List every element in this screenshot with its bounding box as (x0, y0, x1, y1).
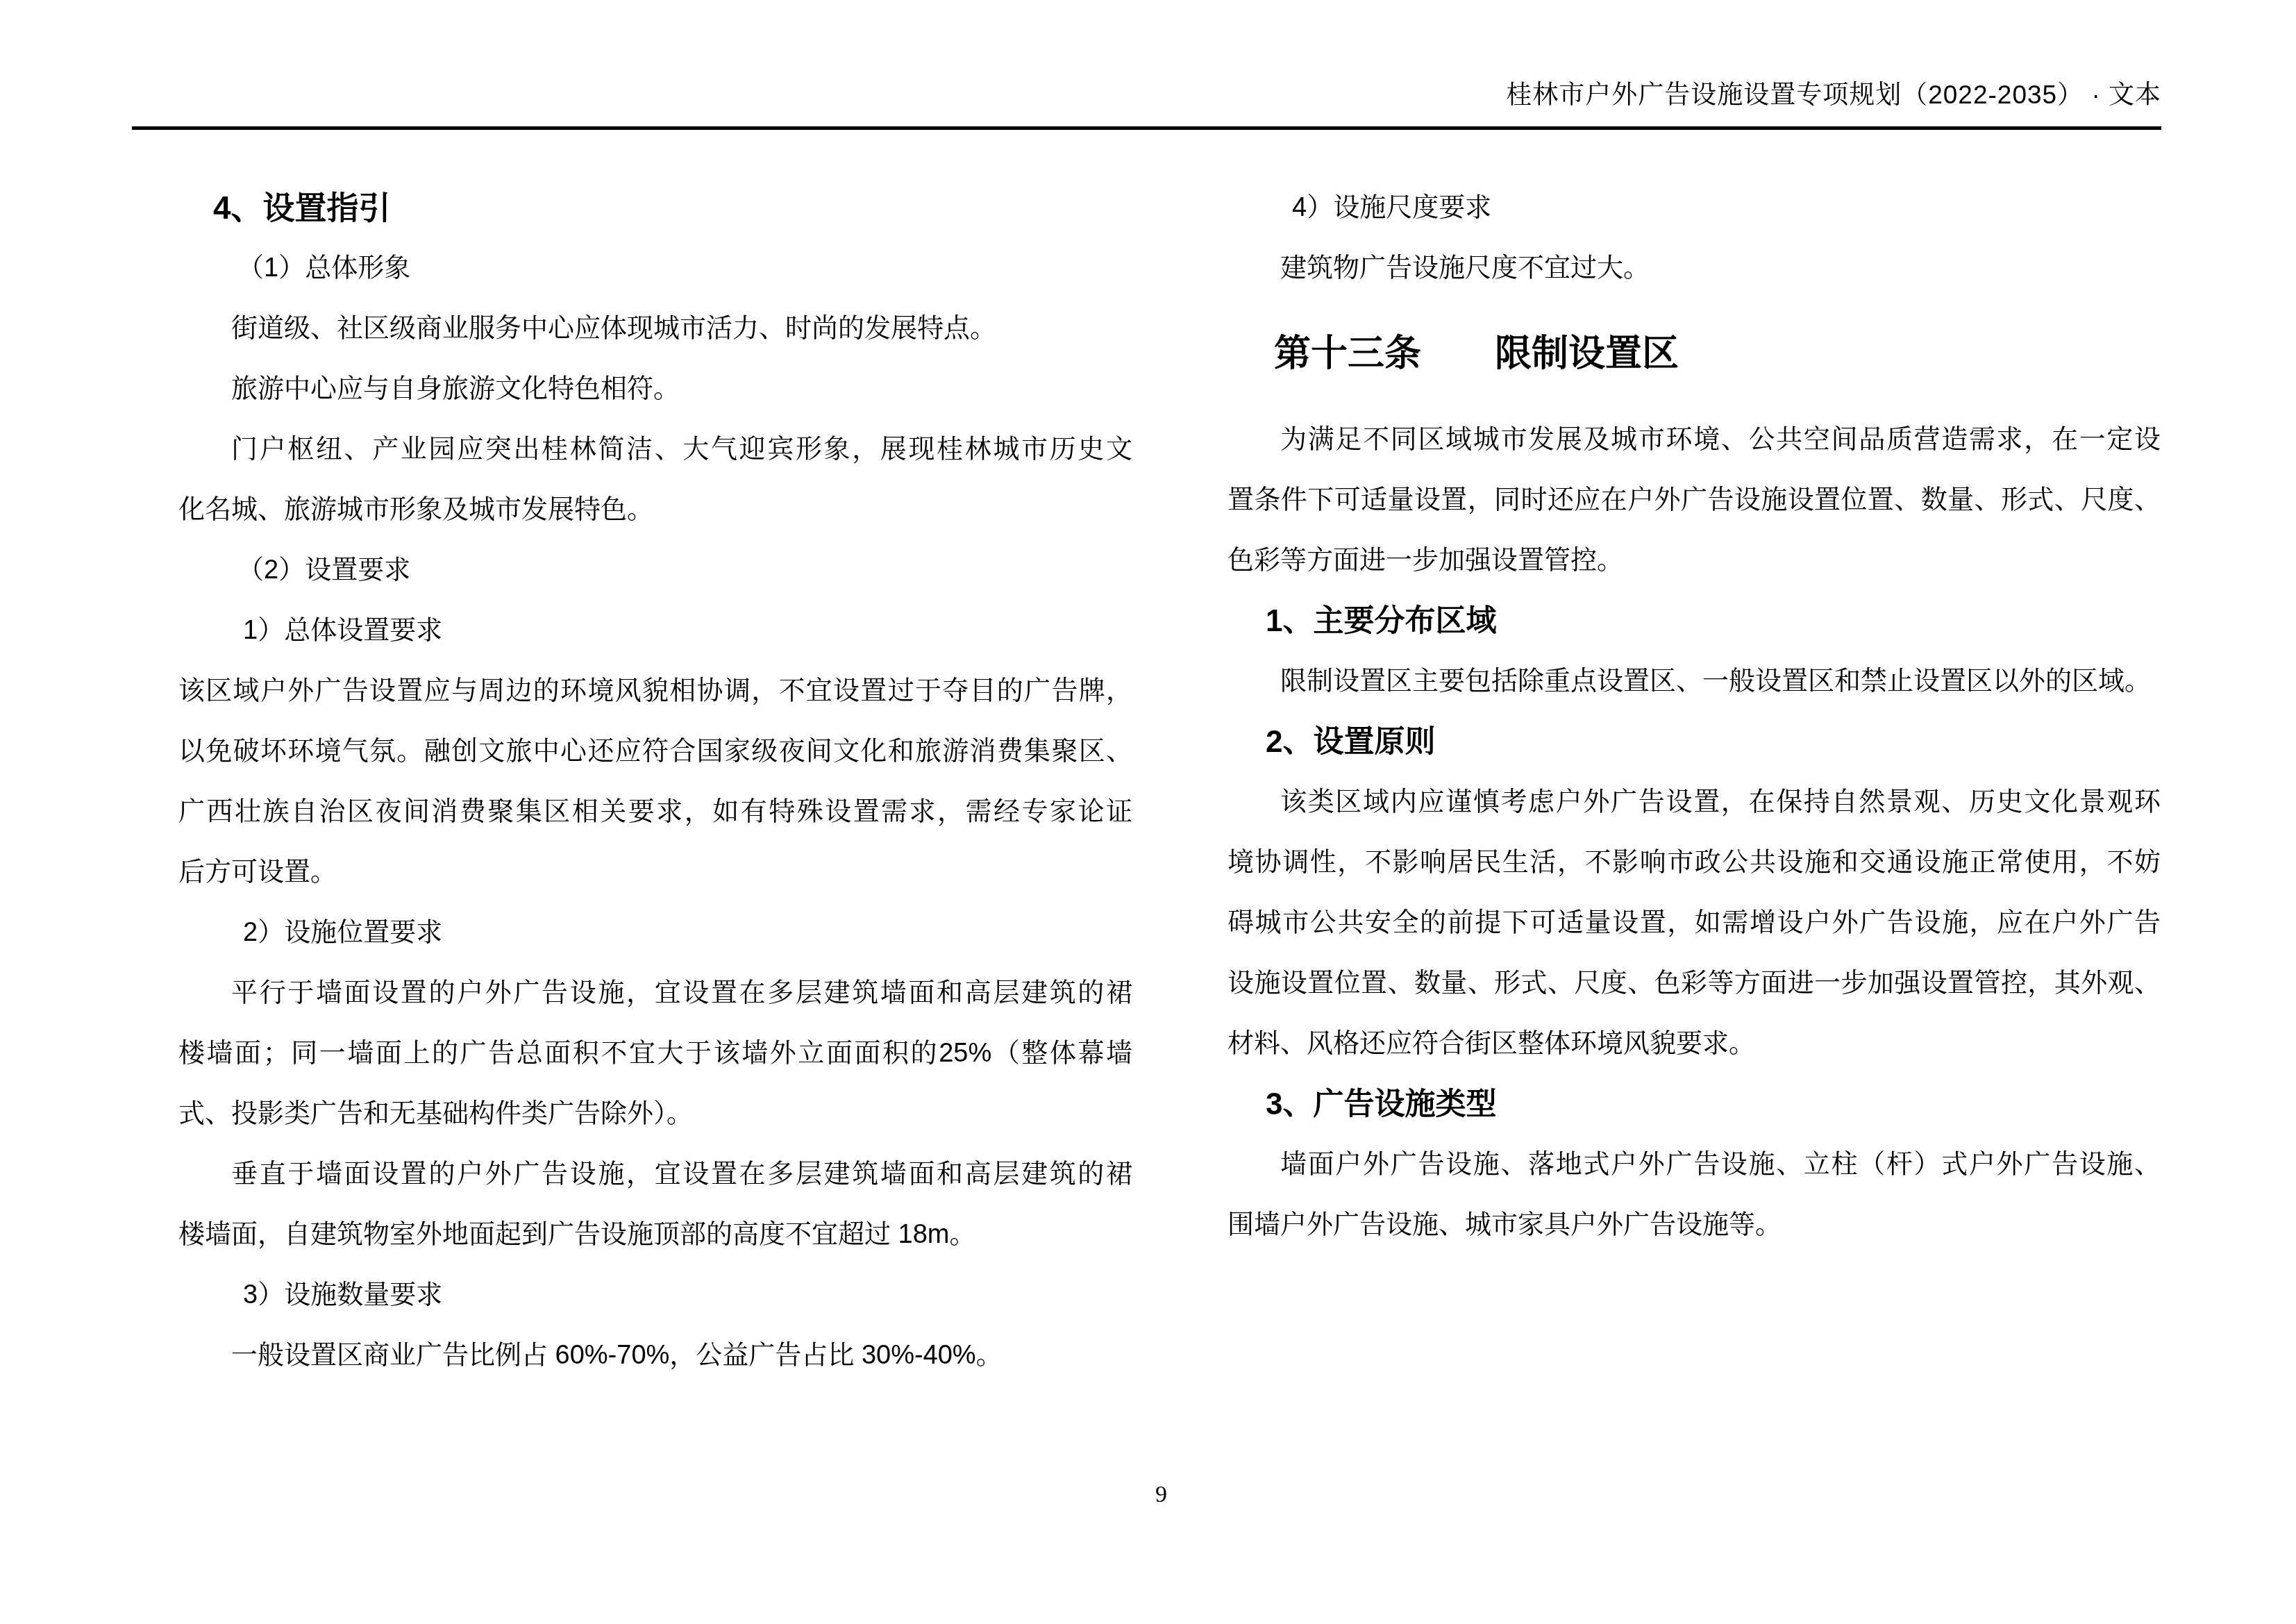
text-line: 广西壮族自治区夜间消费聚集区相关要求，如有特殊设置需求，需经专家论证 (178, 782, 1132, 842)
text-line: 该区域户外广告设置应与周边的环境风貌相协调，不宜设置过于夺目的广告牌， (178, 661, 1132, 721)
text-line: 1）总体设置要求 (178, 601, 1132, 661)
text-line: 1、主要分布区域 (1227, 591, 2161, 651)
text-line: 色彩等方面进一步加强设置管控。 (1227, 530, 2161, 591)
text-line: 4）设施尺度要求 (1227, 178, 2161, 238)
text-line: 置条件下可适量设置，同时还应在户外广告设施设置位置、数量、形式、尺度、 (1227, 470, 2161, 530)
text-line: 4、设置指引 (178, 178, 1132, 238)
text-line: 2、设置原则 (1227, 712, 2161, 772)
text-line: 建筑物广告设施尺度不宜过大。 (1227, 238, 2161, 299)
text-line: 碍城市公共安全的前提下可适量设置，如需增设户外广告设施，应在户外广告 (1227, 893, 2161, 953)
text-line: 该类区域内应谨慎考虑户外广告设置，在保持自然景观、历史文化景观环 (1227, 772, 2161, 832)
text-line: 为满足不同区域城市发展及城市环境、公共空间品质营造需求，在一定设 (1227, 410, 2161, 470)
header-rule (132, 126, 2161, 130)
text-line: 楼墙面；同一墙面上的广告总面积不宜大于该墙外立面面积的25%（整体幕墙 (178, 1023, 1132, 1084)
text-line: 平行于墙面设置的户外广告设施，宜设置在多层建筑墙面和高层建筑的裙 (178, 963, 1132, 1023)
column-right: 4）设施尺度要求建筑物广告设施尺度不宜过大。第十三条 限制设置区为满足不同区域城… (1227, 178, 2161, 1255)
text-line: 门户枢纽、产业园应突出桂林简洁、大气迎宾形象，展现桂林城市历史文 (178, 419, 1132, 480)
text-line: 3、广告设施类型 (1227, 1074, 2161, 1135)
text-line: 以免破坏环境气氛。融创文旅中心还应符合国家级夜间文化和旅游消费集聚区、 (178, 721, 1132, 782)
text-line: 一般设置区商业广告比例占 60%-70%，公益广告占比 30%-40%。 (178, 1325, 1132, 1386)
text-line: 楼墙面，自建筑物室外地面起到广告设施顶部的高度不宜超过 18m。 (178, 1205, 1132, 1265)
text-line: 境协调性，不影响居民生活，不影响市政公共设施和交通设施正常使用，不妨 (1227, 832, 2161, 893)
text-line: 设施设置位置、数量、形式、尺度、色彩等方面进一步加强设置管控，其外观、 (1227, 953, 2161, 1014)
text-line: 街道级、社区级商业服务中心应体现城市活力、时尚的发展特点。 (178, 299, 1132, 359)
text-line: 墙面户外广告设施、落地式户外广告设施、立柱（杆）式户外广告设施、 (1227, 1135, 2161, 1195)
text-line: 3）设施数量要求 (178, 1265, 1132, 1325)
column-left: 4、设置指引（1）总体形象街道级、社区级商业服务中心应体现城市活力、时尚的发展特… (178, 178, 1132, 1386)
header-title: 桂林市户外广告设施设置专项规划（2022-2035） · 文本 (1506, 82, 2161, 108)
text-line: 第十三条 限制设置区 (1227, 299, 2161, 410)
text-line: （1）总体形象 (178, 238, 1132, 299)
text-line: 材料、风格还应符合街区整体环境风貌要求。 (1227, 1014, 2161, 1074)
text-line: 化名城、旅游城市形象及城市发展特色。 (178, 480, 1132, 540)
page-number: 9 (1155, 1483, 1167, 1507)
text-line: 垂直于墙面设置的户外广告设施，宜设置在多层建筑墙面和高层建筑的裙 (178, 1144, 1132, 1205)
text-line: 2）设施位置要求 (178, 903, 1132, 963)
text-line: （2）设置要求 (178, 540, 1132, 601)
text-line: 限制设置区主要包括除重点设置区、一般设置区和禁止设置区以外的区域。 (1227, 651, 2161, 712)
text-line: 围墙户外广告设施、城市家具户外广告设施等。 (1227, 1195, 2161, 1255)
text-line: 式、投影类广告和无基础构件类广告除外）。 (178, 1084, 1132, 1144)
text-line: 旅游中心应与自身旅游文化特色相符。 (178, 359, 1132, 419)
text-line: 后方可设置。 (178, 842, 1132, 903)
